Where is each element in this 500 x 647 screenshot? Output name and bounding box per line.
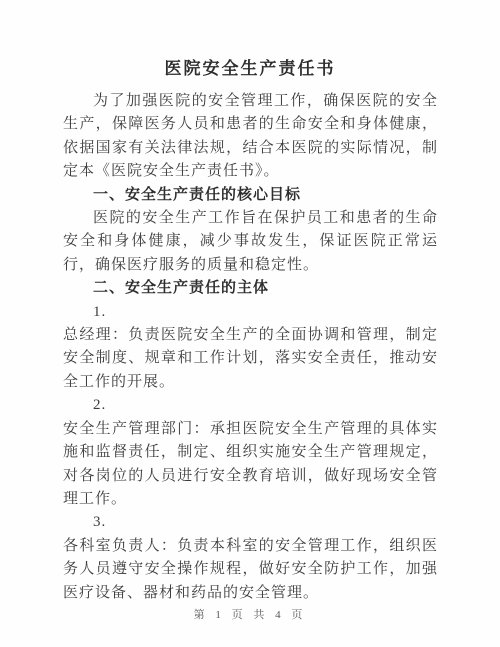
section-heading: 二、安全生产责任的主体 [63, 277, 438, 300]
body-paragraph: 各科室负责人：负责本科室的安全管理工作，组织医务人员遵守安全操作规程，做好安全防… [63, 535, 438, 605]
list-number: 1. [63, 301, 438, 324]
list-number: 2. [63, 394, 438, 417]
body-paragraph: 安全生产管理部门：承担医院安全生产管理的具体实施和监督责任，制定、组织实施安全生… [63, 418, 438, 512]
document-body: 为了加强医院的安全管理工作，确保医院的安全生产，保障医务人员和患者的生命安全和身… [0, 79, 500, 605]
body-paragraph: 为了加强医院的安全管理工作，确保医院的安全生产，保障医务人员和患者的生命安全和身… [63, 90, 438, 184]
body-paragraph: 总经理：负责医院安全生产的全面协调和管理，制定安全制度、规章和工作计划，落实安全… [63, 324, 438, 394]
document-page: 医院安全生产责任书 为了加强医院的安全管理工作，确保医院的安全生产，保障医务人员… [0, 0, 500, 647]
section-heading: 一、安全生产责任的核心目标 [63, 184, 438, 207]
document-title: 医院安全生产责任书 [0, 0, 500, 79]
list-number: 3. [63, 511, 438, 534]
body-paragraph: 医院的安全生产工作旨在保护员工和患者的生命安全和身体健康，减少事故发生，保证医院… [63, 207, 438, 277]
page-number-footer: 第 1 页 共 4 页 [0, 606, 500, 622]
